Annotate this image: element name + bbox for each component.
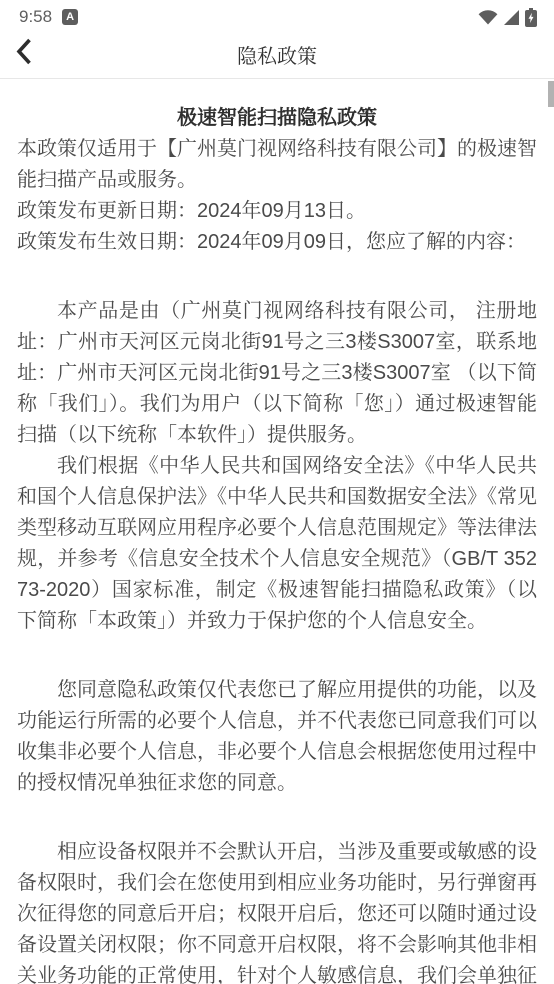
policy-effective-date: 政策发布生效日期：2024年09月09日，您应了解的内容： [17,227,537,258]
back-button[interactable] [14,38,34,71]
battery-charging-icon [525,8,537,27]
status-time: 9:58 [19,7,52,27]
policy-paragraph-product: 本产品是由（广州莫门视网络科技有限公司， 注册地址：广州市天河区元岗北街91号之… [17,296,537,451]
policy-paragraph-consent: 您同意隐私政策仅代表您已了解应用提供的功能，以及功能运行所需的必要个人信息，并不… [17,675,537,799]
paragraph-gap [17,637,537,675]
notification-a-badge-icon: A [62,9,78,25]
policy-update-date: 政策发布更新日期：2024年09月13日。 [17,196,537,227]
policy-scope-text: 本政策仅适用于【广州莫门视网络科技有限公司】的极速智能扫描产品或服务。 [17,134,537,196]
status-bar-right [472,8,537,27]
paragraph-gap [17,258,537,296]
status-bar-left: 9:58 A [19,7,78,27]
back-chevron-icon [14,38,34,71]
page-title: 隐私政策 [237,40,317,69]
wifi-icon [478,10,498,25]
status-bar: 9:58 A [0,0,554,30]
badge-letter: A [66,11,74,23]
policy-paragraph-laws: 我们根据《中华人民共和国网络安全法》《中华人民共和国个人信息保护法》《中华人民共… [17,451,537,637]
document-title: 极速智能扫描隐私政策 [17,103,537,134]
scrollbar-thumb[interactable] [548,81,554,107]
policy-content: 极速智能扫描隐私政策 本政策仅适用于【广州莫门视网络科技有限公司】的极速智能扫描… [0,79,554,984]
nav-bar: 隐私政策 [0,30,554,79]
paragraph-gap [17,799,537,837]
privacy-policy-screen: 9:58 A [0,0,554,984]
policy-paragraph-permissions: 相应设备权限并不会默认开启，当涉及重要或敏感的设备权限时，我们会在您使用到相应业… [17,837,537,984]
cellular-signal-icon [504,10,519,25]
